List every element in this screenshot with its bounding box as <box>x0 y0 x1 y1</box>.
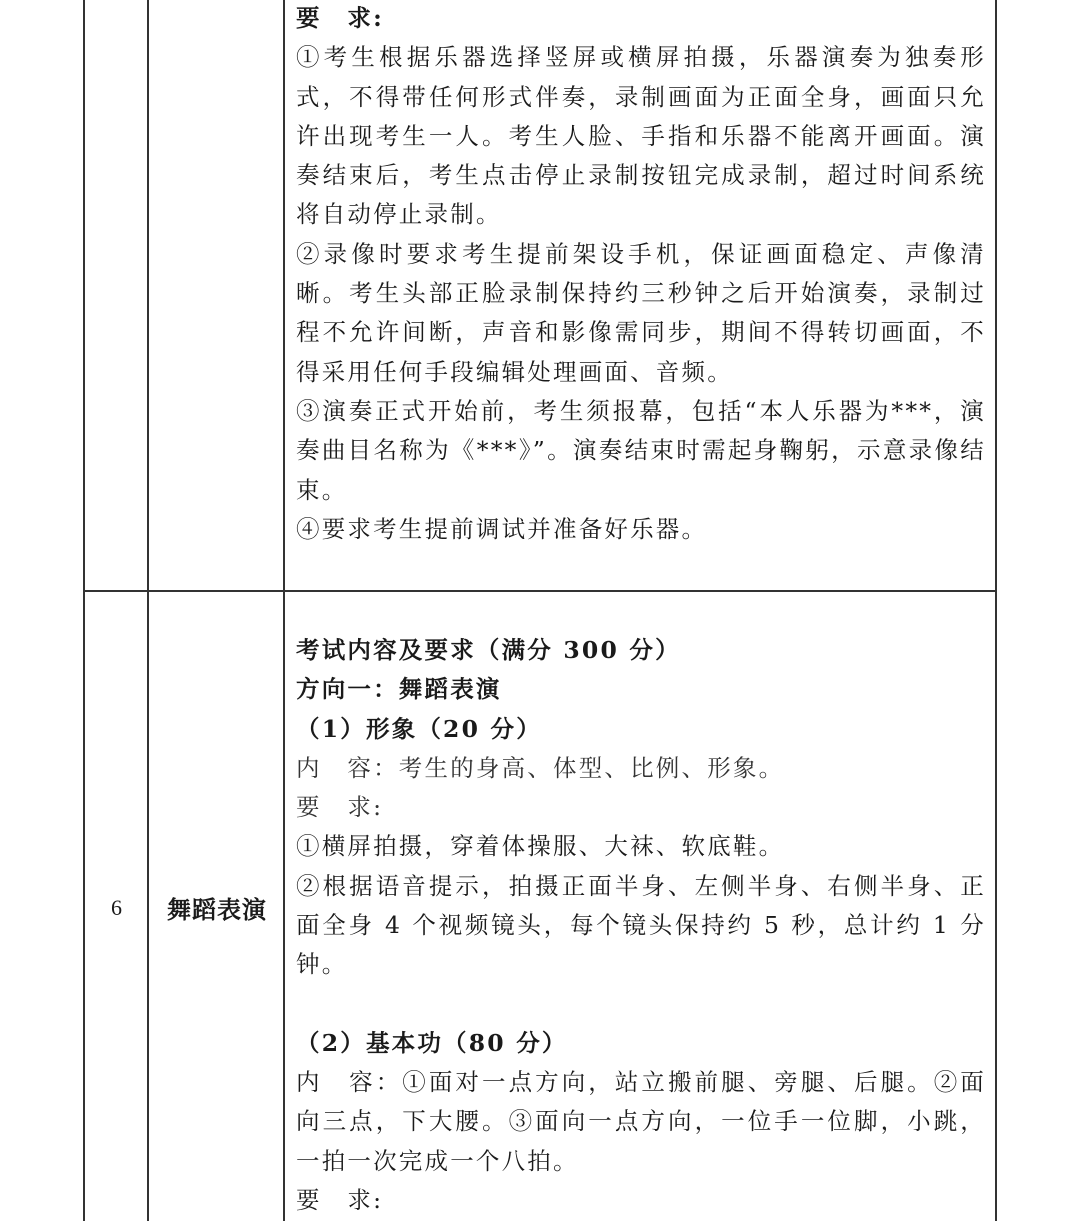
section1-item: ②根据语音提示，拍摄正面半身、左侧半身、右侧半身、正面全身 4 个视频镜头，每个… <box>296 867 986 985</box>
section1-item: ①横屏拍摄，穿着体操服、大袜、软底鞋。 <box>296 827 986 866</box>
table-border-right <box>995 0 997 1221</box>
section2-requirements-label: 要 求: <box>296 1181 986 1220</box>
table-border-col2 <box>147 0 149 1221</box>
requirement-item: ③演奏正式开始前，考生须报幕，包括“本人乐器为***，演奏曲目名称为《***》”… <box>296 392 986 510</box>
row6-content: 考试内容及要求（满分 300 分） 方向一：舞蹈表演 （1）形象（20 分） 内… <box>296 631 986 1220</box>
section1-content: 内 容：考生的身高、体型、比例、形象。 <box>296 749 986 788</box>
section1-title: （1）形象（20 分） <box>296 710 986 749</box>
requirement-item: ②录像时要求考生提前架设手机，保证画面稳定、声像清晰。考生头部正脸录制保持约三秒… <box>296 235 986 392</box>
table-border-col3 <box>283 0 285 1221</box>
row-divider <box>83 590 997 592</box>
spacer <box>296 985 986 1024</box>
section1-requirements-label: 要 求: <box>296 788 986 827</box>
table-border-left <box>83 0 85 1221</box>
row-number: 6 <box>85 895 148 921</box>
direction-title: 方向一：舞蹈表演 <box>296 670 986 709</box>
requirement-item: ④要求考生提前调试并准备好乐器。 <box>296 510 986 549</box>
requirement-item: ①考生根据乐器选择竖屏或横屏拍摄，乐器演奏为独奏形式，不得带任何形式伴奏，录制画… <box>296 38 986 234</box>
section2-content: 内 容：①面对一点方向，站立搬前腿、旁腿、后腿。②面向三点，下大腰。③面向一点方… <box>296 1063 986 1181</box>
row5-content: 要 求: ①考生根据乐器选择竖屏或横屏拍摄，乐器演奏为独奏形式，不得带任何形式伴… <box>296 0 986 549</box>
subject-name: 舞蹈表演 <box>150 890 284 925</box>
requirements-label: 要 求: <box>296 0 986 38</box>
section2-title: （2）基本功（80 分） <box>296 1024 986 1063</box>
exam-heading: 考试内容及要求（满分 300 分） <box>296 631 986 670</box>
